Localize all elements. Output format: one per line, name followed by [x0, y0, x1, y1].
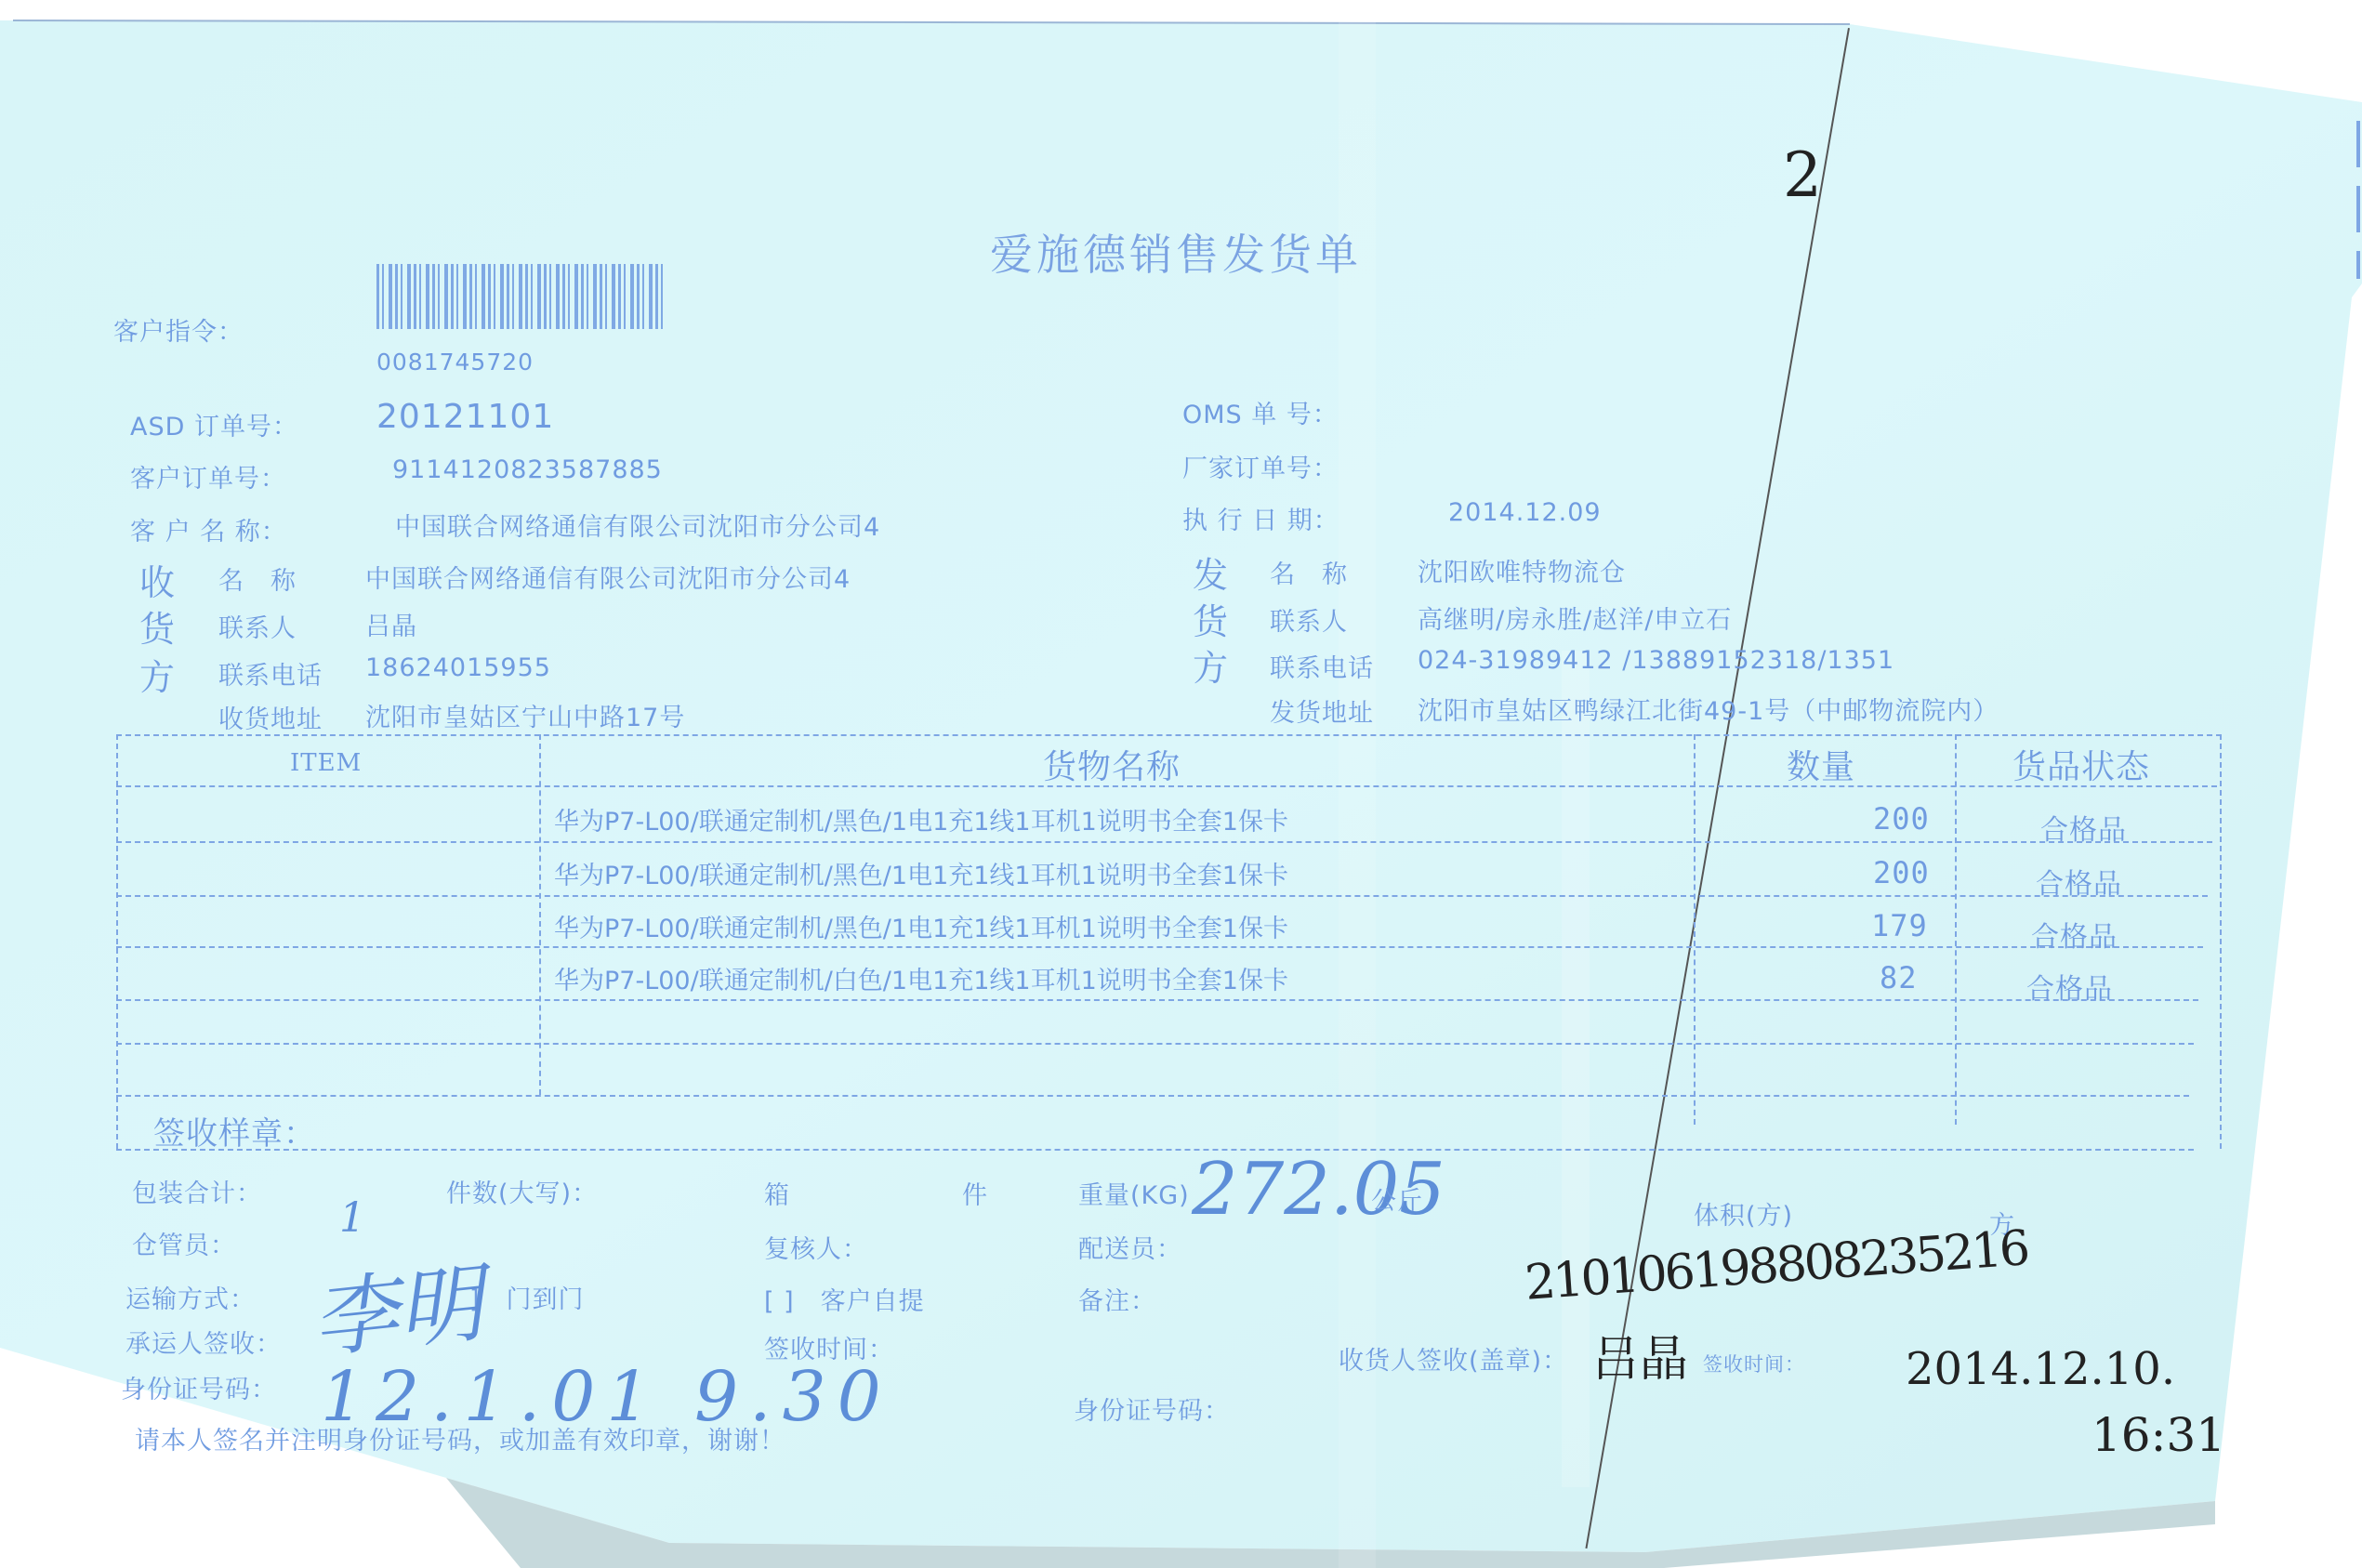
table-row-goods-name: 华为P7-L00/联通定制机/黑色/1电1充1线1耳机1说明书全套1保卡 — [554, 801, 1288, 837]
package-total-handwritten: 1 — [339, 1194, 365, 1242]
shipper-side-label-3: 方 — [1193, 639, 1229, 691]
table-row-divider — [116, 946, 2203, 948]
weight-unit: 公斤 — [1371, 1180, 1423, 1217]
stamp-label: 签收样章： — [153, 1108, 316, 1153]
receiver-side-label-2: 货 — [139, 600, 176, 652]
piece-unit: 件 — [962, 1175, 988, 1211]
volume-label: 体积(方) — [1694, 1195, 1793, 1232]
courier-label: 配送员： — [1078, 1229, 1182, 1265]
shipper-name-label: 名 称 — [1270, 554, 1348, 590]
receiver-contact-label: 联系人 — [218, 608, 297, 644]
transport-method-label: 运输方式： — [125, 1279, 256, 1315]
document-title: 爱施德销售发货单 — [990, 221, 1362, 283]
receiver-contact-value: 吕晶 — [365, 606, 417, 642]
id-number-label-left: 身份证号码： — [121, 1369, 277, 1405]
consignee-time-handwritten: 2014.12.10. — [1906, 1343, 2175, 1395]
table-row-status: 合格品 — [2040, 807, 2127, 848]
shipper-name-value: 沈阳欧唯特物流仓 — [1418, 552, 1626, 588]
shipper-side-label-1: 发 — [1193, 547, 1229, 598]
table-col-divider — [1955, 734, 1957, 1125]
page-mark-handwritten: 2 — [1783, 139, 1822, 211]
shipper-side-label-2: 货 — [1193, 593, 1229, 644]
table-row-divider — [116, 999, 2198, 1001]
customer-name-value: 中国联合网络通信有限公司沈阳市分公司4 — [395, 507, 880, 543]
table-row-status: 合格品 — [2031, 914, 2118, 955]
warehouse-keeper-label: 仓管员： — [132, 1225, 236, 1261]
table-row-quantity: 179 — [1871, 908, 1928, 943]
table-row-divider — [116, 1095, 2189, 1097]
table-border-left — [116, 734, 118, 1149]
table-row-goods-name: 华为P7-L00/联通定制机/黑色/1电1充1线1耳机1说明书全套1保卡 — [554, 855, 1288, 891]
table-col-divider — [1694, 734, 1696, 1125]
carrier-signature-handwritten: 李明 — [306, 1235, 489, 1376]
shipper-contact-value: 高继明/房永胜/赵洋/申立石 — [1418, 600, 1732, 636]
table-row-divider — [116, 1043, 2194, 1045]
table-border-bottom — [116, 1149, 2194, 1151]
receiver-address-label: 收货地址 — [218, 699, 323, 735]
barcode-icon — [376, 264, 665, 329]
table-row-goods-name: 华为P7-L00/联通定制机/白色/1电1充1线1耳机1说明书全套1保卡 — [554, 960, 1288, 996]
consignee-time-label: 签收时间： — [1703, 1350, 1805, 1377]
consignee-signature-handwritten: 吕晶 — [1591, 1320, 1688, 1390]
package-total-label: 包装合计： — [132, 1173, 262, 1209]
table-row-quantity: 82 — [1880, 960, 1918, 995]
receiver-phone-label: 联系电话 — [218, 655, 323, 692]
customer-order-value: 9114120823587885 — [392, 455, 663, 484]
barcode-number: 0081745720 — [376, 349, 534, 376]
shipper-address-value: 沈阳市皇姑区鸭绿江北街49-1号（中邮物流院内） — [1418, 691, 1999, 727]
table-row-divider — [116, 895, 2208, 897]
receiver-name-label: 名 称 — [218, 560, 297, 597]
receiver-phone-value: 18624015955 — [365, 653, 551, 682]
receiver-side-label-3: 方 — [139, 649, 176, 700]
table-row-status: 合格品 — [2026, 966, 2113, 1007]
exec-date-label: 执 行 日 期： — [1182, 500, 1339, 536]
door-to-door-option[interactable]: ] 门到门 — [469, 1279, 585, 1315]
carrier-sign-label: 承运人签收： — [125, 1324, 282, 1360]
shipper-phone-label: 联系电话 — [1270, 648, 1374, 684]
exec-date-value: 2014.12.09 — [1448, 498, 1602, 527]
customer-instruction-label: 客户指令： — [113, 311, 244, 348]
receiver-name-value: 中国联合网络通信有限公司沈阳市分公司4 — [365, 559, 851, 595]
id-number-label-right: 身份证号码： — [1074, 1390, 1230, 1427]
column-header-quantity: 数量 — [1787, 741, 1855, 788]
customer-name-label: 客 户 名 称： — [130, 511, 287, 547]
customer-self-pickup-option[interactable]: [ ] 客户自提 — [764, 1281, 925, 1317]
asd-order-label: ASD 订单号： — [130, 406, 298, 442]
receiver-side-label-1: 收 — [139, 554, 176, 605]
shipper-address-label: 发货地址 — [1270, 692, 1374, 729]
vendor-order-label: 厂家订单号： — [1182, 448, 1339, 484]
table-row-quantity: 200 — [1873, 855, 1930, 890]
asd-order-value: 20121101 — [376, 398, 554, 436]
receiver-address-value: 沈阳市皇姑区宁山中路17号 — [365, 697, 685, 733]
shipper-phone-value: 024-31989412 /13889152318/1351 — [1418, 646, 1894, 675]
customer-order-label: 客户订单号： — [130, 458, 286, 494]
notice-text: 请本人签名并注明身份证号码，或加盖有效印章，谢谢！ — [135, 1420, 785, 1456]
pieces-label: 件数(大写)： — [446, 1173, 598, 1209]
remark-label: 备注： — [1078, 1281, 1156, 1317]
column-header-status: 货品状态 — [2012, 741, 2150, 788]
table-col-divider — [539, 734, 541, 1095]
column-header-goods-name: 货物名称 — [1043, 741, 1181, 788]
table-border-top — [116, 734, 2222, 736]
consignee-sign-label: 收货人签收(盖章)： — [1339, 1340, 1568, 1377]
column-header-item: ITEM — [290, 749, 362, 777]
table-row-quantity: 200 — [1873, 801, 1930, 837]
table-border-right — [2220, 734, 2222, 1149]
reviewer-label: 复核人： — [764, 1229, 868, 1265]
shipper-contact-label: 联系人 — [1270, 601, 1348, 638]
weight-label: 重量(KG) — [1078, 1175, 1190, 1211]
table-row-goods-name: 华为P7-L00/联通定制机/黑色/1电1充1线1耳机1说明书全套1保卡 — [554, 908, 1288, 944]
table-row-status: 合格品 — [2036, 861, 2122, 902]
box-unit: 箱 — [764, 1175, 790, 1211]
table-row-divider — [116, 841, 2212, 843]
oms-label: OMS 单 号： — [1182, 394, 1339, 430]
consignee-time2-handwritten: 16:31 — [2091, 1408, 2225, 1462]
